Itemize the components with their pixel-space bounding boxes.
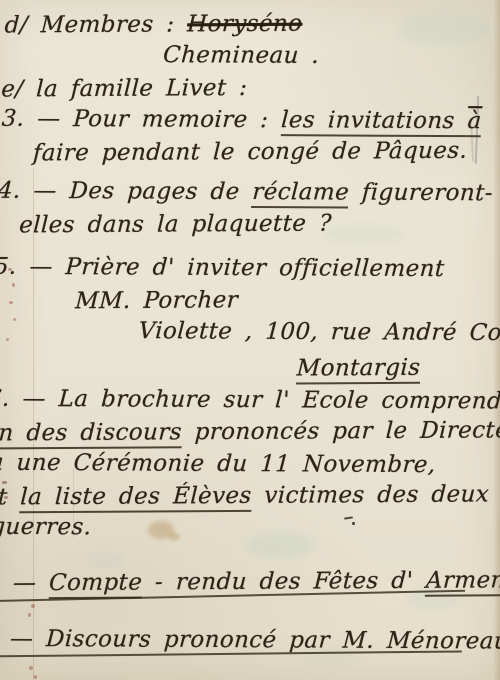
handwritten-segment: à une Cérémonie du 11 Novembre, [0,450,436,478]
handwritten-segment: e/ la famille Livet : [1,75,248,103]
handwritten-segment: 4. — Des pages de [0,178,253,205]
manuscript-line: faire pendant le congé de Pâques. [32,135,493,170]
handwritten-segment: figureront- [348,180,493,207]
manuscript-line: 6. — La brochure sur l' Ecole comprendra [0,383,480,418]
handwritten-segment: 7. — [0,570,50,596]
manuscript-line: et la liste des Élèves victimes des deux [0,479,475,514]
manuscript-line: 5. — Prière d' inviter officiellement [0,251,487,286]
handwritten-segment: MM. Porcher [75,287,239,314]
manuscript-line: guerres. [0,511,473,546]
handwritten-text: d/ Membres : HorysénoChemineau .e/ la fa… [0,0,500,680]
manuscript-line: 8. — Discours prononcé par M. Ménoreau [0,623,467,658]
manuscript-line: à une Cérémonie du 11 Novembre, [0,447,477,482]
handwritten-segment: prononcés par le Directeur [181,417,500,445]
manuscript-line: 3. — Pour memoire : les invitations à [1,103,495,138]
underlined-text: la liste des Élèves [20,483,253,513]
manuscript-line: un des discours prononcés par le Directe… [0,414,478,449]
handwritten-segment: Chemineau . [162,42,320,69]
manuscript-line: Chemineau . [162,39,498,73]
manuscript-line: 4. — Des pages de réclame figureront- [0,175,491,210]
handwritten-segment: guerres. [0,514,92,541]
handwritten-segment: et [0,484,21,510]
manuscript-line: d/ Membres : Horyséno [4,6,500,41]
handwritten-segment: victimes des deux [251,481,490,508]
manuscript-line: elles dans la plaquette ? [18,207,489,242]
handwritten-segment: elles dans la plaquette ? [19,211,333,239]
handwritten-segment: d/ Membres : [4,11,188,38]
handwritten-segment: 6. — La brochure sur l' Ecole comprendra [0,386,500,415]
underlined-text: un des discours [0,419,183,449]
underlined-text: les invitations [280,107,468,137]
underlined-text: Montargis [296,355,421,385]
handwritten-segment: Violette , 100, rue André Coquillet [138,318,500,346]
underlined-text: réclame [251,179,349,209]
manuscript-page: d/ Membres : HorysénoChemineau .e/ la fa… [0,0,500,680]
manuscript-line: MM. Porcher [74,283,485,317]
manuscript-line: e/ la famille Livet : [1,70,497,105]
handwritten-segment: 5. — Prière d' inviter officiellement [0,254,445,282]
manuscript-line: Montargis [296,351,482,384]
handwritten-segment: faire pendant le congé de Pâques. [32,138,468,167]
underlined-text: Compte [48,569,143,599]
underlined-text: Armentières. [425,567,500,597]
manuscript-line: Violette , 100, rue André Coquillet [138,315,484,349]
handwritten-segment: - rendu des Fêtes d' [142,568,427,596]
struck-text: Horyséno [187,11,303,38]
underlined-text: à [467,108,483,137]
handwritten-segment: 3. — Pour memoire : [1,106,282,133]
manuscript-line: 7. — Compte - rendu des Fêtes d' Armenti… [0,564,470,599]
handwritten-segment: 8. — Discours prononcé par M. Ménoreau [0,626,500,655]
